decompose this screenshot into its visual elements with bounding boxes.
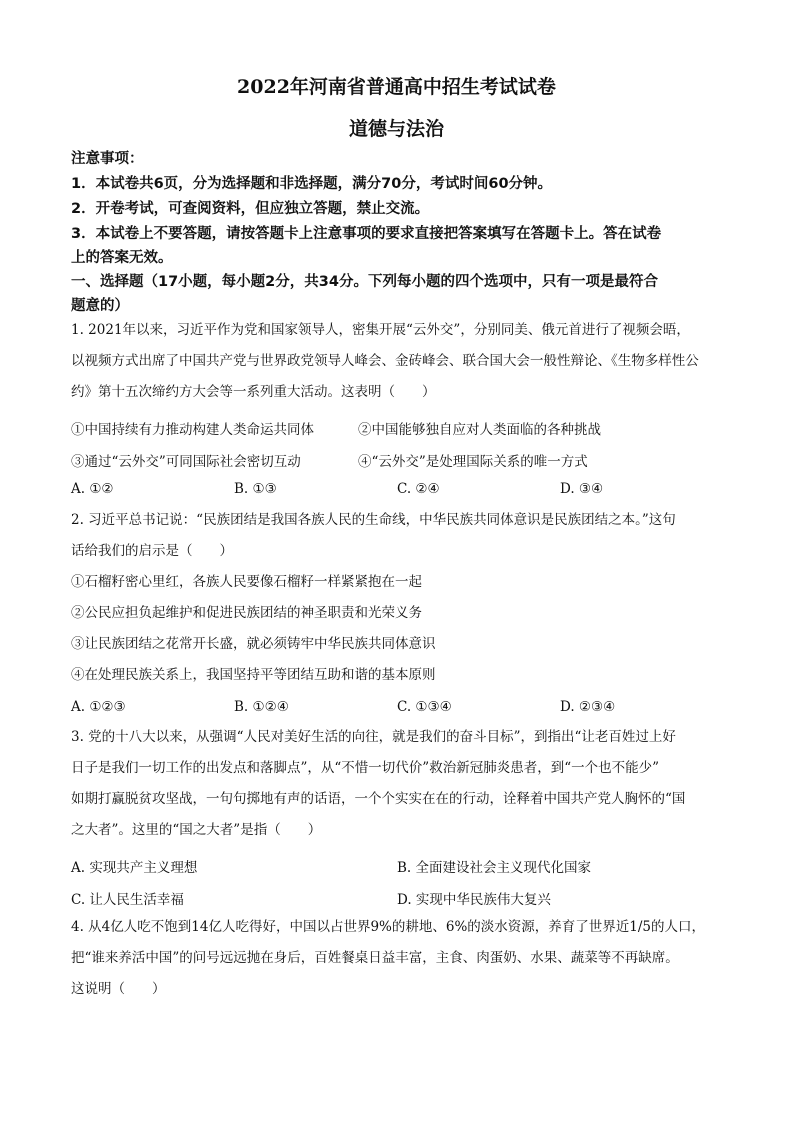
stem-line: 这说明（ ） (71, 974, 736, 1005)
question-2-stem: 2. 习近平总书记说：“民族团结是我国各族人民的生命线，中华民族共同体意识是民族… (71, 505, 736, 567)
stem-line: 约》第十五次缔约方大会等一系列重大活动。这表明（ ） (71, 377, 736, 408)
stem-line: 1. 2021年以来，习近平作为党和国家领导人，密集开展“云外交”，分别同美、俄… (71, 315, 736, 346)
option-b[interactable]: B. ①②④ (234, 699, 289, 715)
stem-line: 如期打赢脱贫攻坚战，一句句掷地有声的话语，一个个实实在在的行动，诠释着中国共产党… (71, 784, 736, 815)
statement: ①中国持续有力推动构建人类命运共同体 (71, 418, 314, 438)
section-heading: 题意的） (71, 296, 731, 317)
exam-title: 2022年河南省普通高中招生考试试卷 (0, 72, 793, 99)
notice-item: 2．开卷考试，可查阅资料，但应独立答题，禁止交流。 (71, 199, 731, 220)
option-b[interactable]: B. 全面建设社会主义现代化国家 (397, 856, 591, 876)
statement: ③让民族团结之花常开长盛，就必须铸牢中华民族共同体意识 (71, 629, 736, 660)
question-1-statements-row2: ③通过“云外交”可同国际社会密切互动 ④“云外交”是处理国际关系的唯一方式 (71, 450, 736, 470)
statement: ①石榴籽密心里红，各族人民要像石榴籽一样紧紧抱在一起 (71, 567, 736, 598)
option-a[interactable]: A. ①②③ (71, 699, 126, 715)
question-3-stem: 3. 党的十八大以来，从强调“人民对美好生活的向往，就是我们的奋斗目标”，到指出… (71, 722, 736, 846)
question-1-stem: 1. 2021年以来，习近平作为党和国家领导人，密集开展“云外交”，分别同美、俄… (71, 315, 736, 408)
notice-item: 3．本试卷上不要答题，请按答题卡上注意事项的要求直接把答案填写在答题卡上。答在试… (71, 224, 731, 245)
question-3-options-row2: C. 让人民生活幸福 D. 实现中华民族伟大复兴 (71, 888, 736, 908)
question-2-options: A. ①②③ B. ①②④ C. ①③④ D. ②③④ (71, 699, 736, 719)
option-d[interactable]: D. ③④ (560, 481, 603, 497)
stem-line: 话给我们的启示是（ ） (71, 536, 736, 567)
option-d[interactable]: D. 实现中华民族伟大复兴 (397, 888, 551, 908)
statement: ④“云外交”是处理国际关系的唯一方式 (358, 450, 588, 470)
stem-line: 把“谁来养活中国”的问号远远抛在身后，百姓餐桌日益丰富，主食、肉蛋奶、水果、蔬菜… (71, 943, 736, 974)
option-c[interactable]: C. 让人民生活幸福 (71, 888, 184, 908)
question-3-options-row1: A. 实现共产主义理想 B. 全面建设社会主义现代化国家 (71, 856, 736, 876)
notice-item: 上的答案无效。 (71, 248, 731, 269)
option-d[interactable]: D. ②③④ (560, 699, 615, 715)
option-a[interactable]: A. ①② (71, 481, 114, 497)
notice-heading: 注意事项： (71, 149, 731, 170)
statement: ②中国能够独自应对人类面临的各种挑战 (358, 418, 601, 438)
notice-item: 1．本试卷共6页，分为选择题和非选择题，满分70分，考试时间60分钟。 (71, 174, 731, 195)
option-c[interactable]: C. ①③④ (397, 699, 452, 715)
question-1-options: A. ①② B. ①③ C. ②④ D. ③④ (71, 481, 736, 501)
section-heading: 一、选择题（17小题，每小题2分，共34分。下列每小题的四个选项中，只有一项是最… (71, 272, 731, 293)
stem-line: 4. 从4亿人吃不饱到14亿人吃得好，中国以占世界9%的耕地、6%的淡水资源，养… (71, 912, 736, 943)
notice-block: 注意事项： 1．本试卷共6页，分为选择题和非选择题，满分70分，考试时间60分钟… (71, 149, 731, 317)
option-b[interactable]: B. ①③ (234, 481, 277, 497)
stem-line: 日子是我们一切工作的出发点和落脚点”，从“不惜一切代价”救治新冠肺炎患者，到“一… (71, 753, 736, 784)
stem-line: 2. 习近平总书记说：“民族团结是我国各族人民的生命线，中华民族共同体意识是民族… (71, 505, 736, 536)
statement: ④在处理民族关系上，我国坚持平等团结互助和谐的基本原则 (71, 660, 736, 691)
statement: ③通过“云外交”可同国际社会密切互动 (71, 450, 301, 470)
exam-subject: 道德与法治 (0, 114, 793, 141)
stem-line: 以视频方式出席了中国共产党与世界政党领导人峰会、金砖峰会、联合国大会一般性辩论、… (71, 346, 736, 377)
stem-line: 3. 党的十八大以来，从强调“人民对美好生活的向往，就是我们的奋斗目标”，到指出… (71, 722, 736, 753)
question-2-statements: ①石榴籽密心里红，各族人民要像石榴籽一样紧紧抱在一起 ②公民应担负起维护和促进民… (71, 567, 736, 691)
option-a[interactable]: A. 实现共产主义理想 (71, 856, 197, 876)
option-c[interactable]: C. ②④ (397, 481, 440, 497)
question-1-statements-row1: ①中国持续有力推动构建人类命运共同体 ②中国能够独自应对人类面临的各种挑战 (71, 418, 736, 438)
statement: ②公民应担负起维护和促进民族团结的神圣职责和光荣义务 (71, 598, 736, 629)
question-4-stem: 4. 从4亿人吃不饱到14亿人吃得好，中国以占世界9%的耕地、6%的淡水资源，养… (71, 912, 736, 1005)
stem-line: 之大者”。这里的“国之大者”是指（ ） (71, 815, 736, 846)
